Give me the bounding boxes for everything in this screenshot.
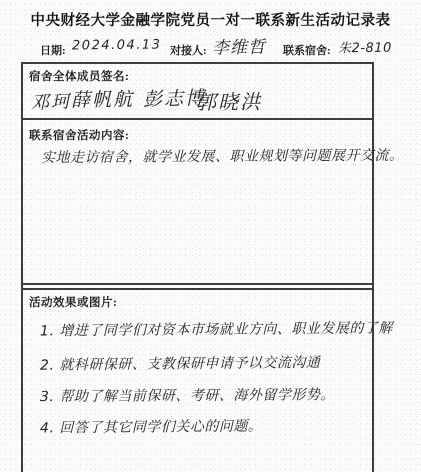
contact-person-label: 对接人: bbox=[170, 42, 207, 58]
signatures-section-label: 宿舍全体成员签名: bbox=[29, 68, 129, 84]
section-divider bbox=[23, 118, 372, 120]
contact-dorm-value-handwritten: 朱2-810 bbox=[338, 37, 392, 57]
effect-list-item: 1. 增进了同学们对资本市场就业方向、职业发展的了解 bbox=[40, 318, 370, 341]
signature-name: 邓珂 bbox=[31, 87, 72, 114]
effect-list-item: 3. 帮助了解当前保研、考研、海外留学形势。 bbox=[40, 384, 370, 406]
scanned-form-page: 中央财经大学金融学院党员一对一联系新生活动记录表 日期: 2024.04.13 … bbox=[0, 0, 421, 472]
date-value-handwritten: 2024.04.13 bbox=[72, 38, 162, 54]
contact-person-value-handwritten: 李维哲 bbox=[212, 33, 266, 59]
activity-content-section-label: 联系宿舍活动内容: bbox=[29, 127, 129, 143]
contact-dorm-label: 联系宿舍: bbox=[283, 42, 331, 58]
effect-list-item: 2. 就科研保研、支教保研申请予以交流沟通 bbox=[40, 351, 370, 374]
signature-name: 薛帆航 bbox=[71, 84, 134, 112]
activity-effect-section-label: 活动效果或图片: bbox=[29, 294, 117, 310]
section-divider bbox=[23, 288, 372, 290]
section-divider bbox=[23, 283, 372, 285]
effect-list-item: 4. 回答了其它同学们关心的问题。 bbox=[40, 415, 370, 438]
form-title: 中央财经大学金融学院党员一对一联系新生活动记录表 bbox=[0, 9, 421, 30]
signature-name: 郭晓洪 bbox=[196, 86, 262, 116]
date-label: 日期: bbox=[40, 42, 66, 58]
form-table: 宿舍全体成员签名: 邓珂 薛帆航 彭志博 郭晓洪 联系宿舍活动内容: 实地走访宿… bbox=[21, 62, 374, 472]
activity-content-handwritten-text: 实地走访宿舍，就学业发展、职业规划等问题展开交流。 bbox=[41, 145, 369, 169]
